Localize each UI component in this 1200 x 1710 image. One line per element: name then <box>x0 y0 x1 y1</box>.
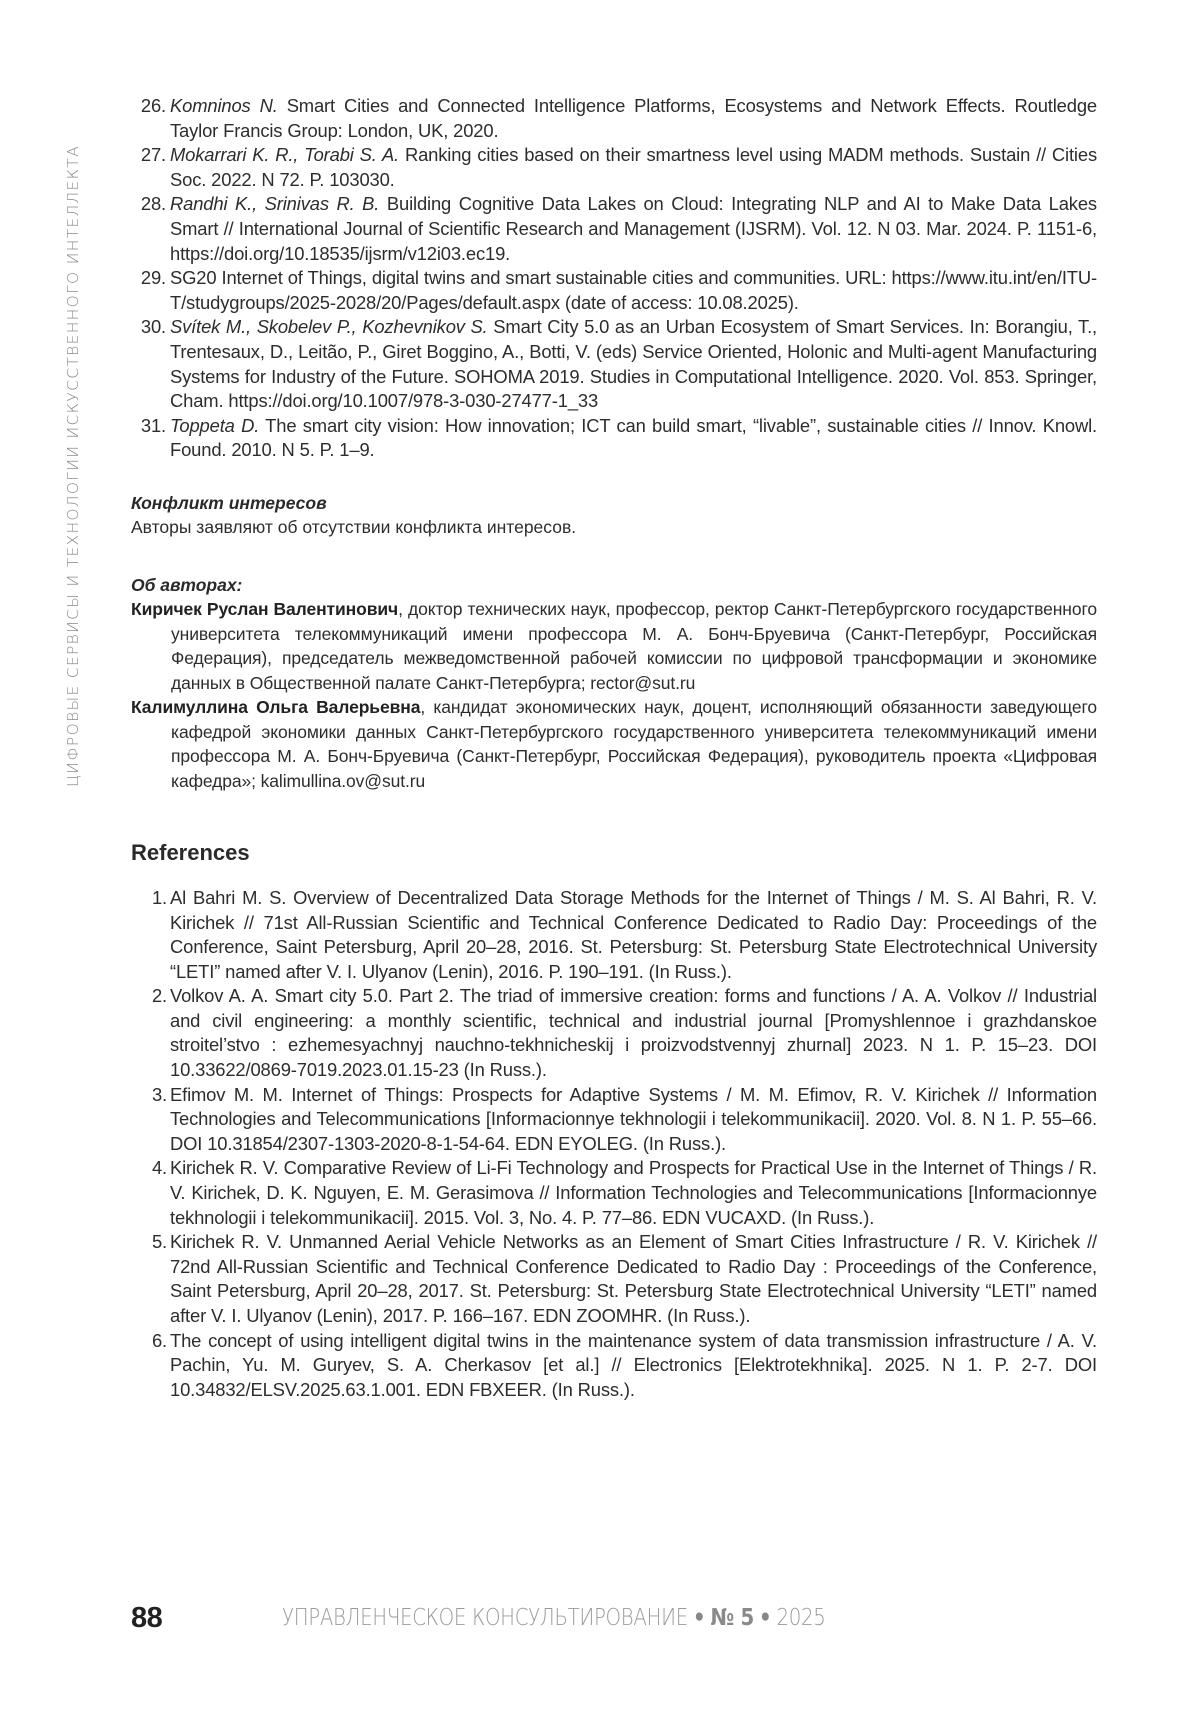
reference-item: 1.Al Bahri M. S. Overview of Decentraliz… <box>131 886 1097 984</box>
item-number: 27. <box>130 143 166 168</box>
page-number: 88 <box>131 1602 282 1635</box>
author-entry: Калимуллина Ольга Валерьевна, кандидат э… <box>131 695 1097 793</box>
about-authors-section: Об авторах: Киричек Руслан Валентинович,… <box>131 573 1097 794</box>
item-number: 30. <box>130 315 166 340</box>
item-text: Kirichek R. V. Unmanned Aerial Vehicle N… <box>170 1231 1097 1326</box>
issue-number: № 5 <box>710 1605 753 1631</box>
literature-item: 31.Toppeta D. The smart city vision: How… <box>131 414 1097 463</box>
conflict-of-interest-section: Конфликт интересов Авторы заявляют об от… <box>131 491 1097 539</box>
item-text: Smart Cities and Connected Intelligence … <box>170 95 1097 141</box>
literature-item: 30.Svítek M., Skobelev P., Kozhevnikov S… <box>131 315 1097 413</box>
about-authors-title: Об авторах: <box>131 573 1097 597</box>
item-number: 29. <box>130 266 166 291</box>
page-content: 26.Komninos N. Smart Cities and Connecte… <box>131 94 1097 1402</box>
item-authors: Mokarrari K. R., Torabi S. A. <box>170 144 399 165</box>
running-head: ЦИФРОВЫЕ СЕРВИСЫ И ТЕХНОЛОГИИ ИСКУССТВЕН… <box>58 90 88 842</box>
item-authors: Randhi K., Srinivas R. B. <box>170 193 379 214</box>
literature-list: 26.Komninos N. Smart Cities and Connecte… <box>131 94 1097 463</box>
literature-item: 26.Komninos N. Smart Cities and Connecte… <box>131 94 1097 143</box>
journal-name: УПРАВЛЕНЧЕСКОЕ КОНСУЛЬТИРОВАНИЕ <box>282 1605 688 1631</box>
item-number: 31. <box>130 414 166 439</box>
item-text: Kirichek R. V. Comparative Review of Li-… <box>170 1157 1097 1227</box>
separator-dot: • <box>759 1605 771 1631</box>
reference-item: 3.Efimov M. M. Internet of Things: Prosp… <box>131 1083 1097 1157</box>
journal-title: УПРАВЛЕНЧЕСКОЕ КОНСУЛЬТИРОВАНИЕ•№ 5•2025 <box>282 1605 825 1631</box>
conflict-title: Конфликт интересов <box>131 491 1097 515</box>
conflict-text: Авторы заявляют об отсутствии конфликта … <box>131 515 1097 539</box>
item-number: 2. <box>131 984 167 1009</box>
reference-item: 4.Kirichek R. V. Comparative Review of L… <box>131 1156 1097 1230</box>
item-authors: Toppeta D. <box>170 415 259 436</box>
references-heading: References <box>131 838 1097 868</box>
item-authors: Komninos N. <box>170 95 278 116</box>
author-name: Калимуллина Ольга Валерьевна <box>131 697 420 717</box>
item-number: 1. <box>131 886 167 911</box>
issue-year: 2025 <box>777 1605 826 1631</box>
item-number: 6. <box>131 1329 167 1354</box>
item-text: The concept of using intelligent digital… <box>170 1330 1097 1400</box>
item-text: SG20 Internet of Things, digital twins a… <box>170 267 1097 313</box>
author-entry: Киричек Руслан Валентинович, доктор техн… <box>131 597 1097 695</box>
reference-item: 6.The concept of using intelligent digit… <box>131 1329 1097 1403</box>
references-list: 1.Al Bahri M. S. Overview of Decentraliz… <box>131 886 1097 1402</box>
reference-item: 5.Kirichek R. V. Unmanned Aerial Vehicle… <box>131 1230 1097 1328</box>
literature-item: 28.Randhi K., Srinivas R. B. Building Co… <box>131 192 1097 266</box>
item-number: 4. <box>131 1156 167 1181</box>
page-footer: 88 УПРАВЛЕНЧЕСКОЕ КОНСУЛЬТИРОВАНИЕ•№ 5•2… <box>131 1598 1097 1638</box>
running-head-text: ЦИФРОВЫЕ СЕРВИСЫ И ТЕХНОЛОГИИ ИСКУССТВЕН… <box>64 145 82 787</box>
separator-dot: • <box>693 1605 705 1631</box>
item-number: 3. <box>131 1083 167 1108</box>
item-number: 5. <box>131 1230 167 1255</box>
item-text: Al Bahri M. S. Overview of Decentralized… <box>170 887 1097 982</box>
reference-item: 2.Volkov A. A. Smart city 5.0. Part 2. T… <box>131 984 1097 1082</box>
author-name: Киричек Руслан Валентинович <box>131 599 398 619</box>
item-number: 26. <box>130 94 166 119</box>
item-number: 28. <box>130 192 166 217</box>
item-text: The smart city vision: How innovation; I… <box>170 415 1097 461</box>
item-text: Volkov A. A. Smart city 5.0. Part 2. The… <box>170 985 1097 1080</box>
item-text: Efimov M. M. Internet of Things: Prospec… <box>170 1084 1097 1154</box>
item-authors: Svítek M., Skobelev P., Kozhevnikov S. <box>170 316 488 337</box>
literature-item: 29.SG20 Internet of Things, digital twin… <box>131 266 1097 315</box>
literature-item: 27.Mokarrari K. R., Torabi S. A. Ranking… <box>131 143 1097 192</box>
